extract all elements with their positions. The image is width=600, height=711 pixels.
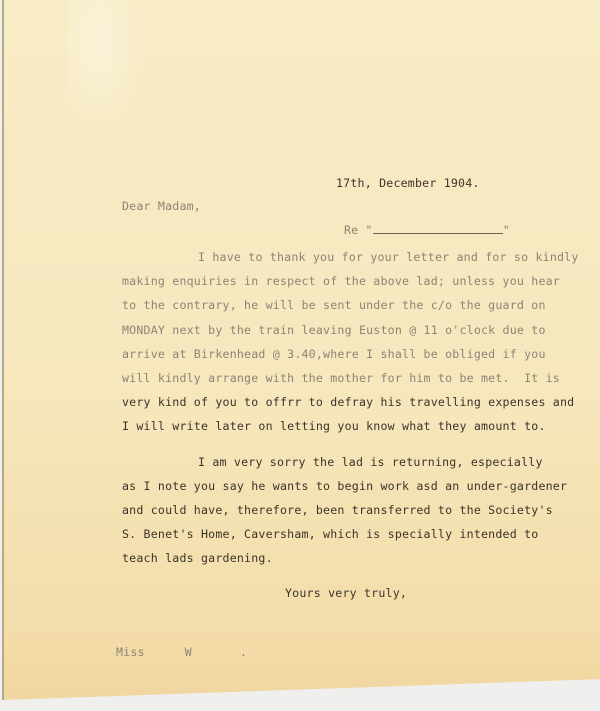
paper-crease [66,0,146,140]
recipient-initial: W [185,645,192,659]
body-line: arrive at Birkenhead @ 3.40,where I shal… [122,347,546,361]
body-line: S. Benet's Home, Caversham, which is spe… [122,527,538,541]
re-line: Re "" [344,223,510,237]
letter-date: 17th, December 1904. [336,176,480,190]
body-line: I am very sorry the lad is returning, es… [198,455,543,469]
body-line: I will write later on letting you know w… [122,419,546,433]
closing: Yours very truly, [285,586,407,600]
re-suffix: " [503,223,510,237]
body-line: making enquiries in respect of the above… [122,274,560,288]
body-line: as I note you say he wants to begin work… [122,479,567,493]
body-line: and could have, therefore, been transfer… [122,503,553,517]
recipient-title: Miss [116,645,145,659]
recipient-terminator: . [240,645,247,659]
body-line: very kind of you to offrr to defray his … [122,395,574,409]
body-line: MONDAY next by the train leaving Euston … [122,323,546,337]
body-line: to the contrary, he will be sent under t… [122,298,546,312]
salutation: Dear Madam, [122,199,201,213]
re-prefix: Re " [344,223,373,237]
recipient: MissW. [116,645,247,659]
body-line: teach lads gardening. [122,551,273,565]
body-line: will kindly arrange with the mother for … [122,371,560,385]
re-subject-blank [373,225,503,234]
body-line: I have to thank you for your letter and … [198,250,579,264]
